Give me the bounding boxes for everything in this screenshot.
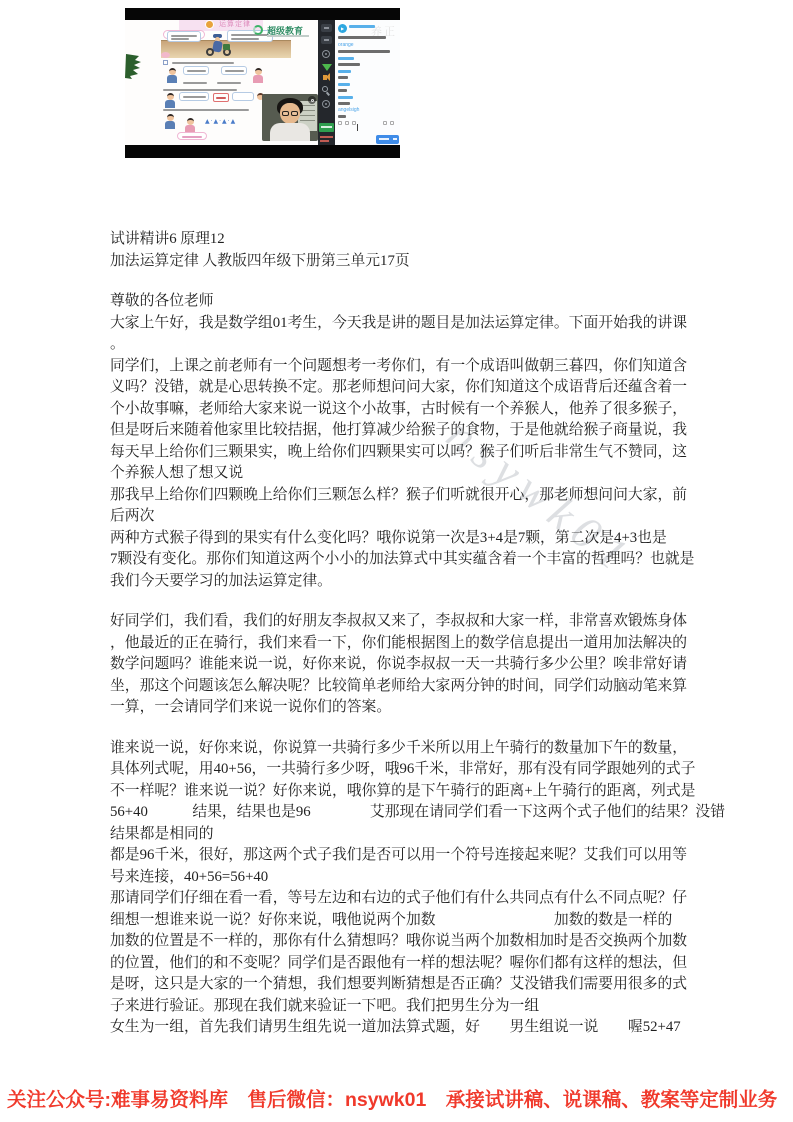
speech-bubble bbox=[232, 92, 254, 101]
attach-icon[interactable] bbox=[352, 121, 356, 125]
chat-username: orange bbox=[338, 43, 354, 48]
settings-icon[interactable] bbox=[383, 121, 387, 125]
paragraph: 好同学们，我们看，我们的好朋友李叔叔又来了，李叔叔和大家一样，非常喜欢锻炼身体，… bbox=[110, 611, 693, 719]
document-page: nsywk01 运算定律 bbox=[0, 0, 793, 1122]
speech-bubble bbox=[221, 66, 247, 75]
text-line: 试讲精讲6 原理12 bbox=[110, 229, 693, 251]
footer-text: 关注公众号:难事易资料库 售后微信：nsywk01 承接试讲稿、说课稿、教案等定… bbox=[7, 1089, 777, 1111]
text-line: 不一样呢？谁来说一说？好你来说，哦你算的是下午骑行的距离+上午骑行的距离，列式是 bbox=[110, 781, 693, 803]
text-line: 的位置，他们的和不变呢？同学们是否跟他有一样的想法呢？喔你们都有这样的想法，但 bbox=[110, 953, 693, 975]
text-line: 后两次 bbox=[110, 506, 693, 528]
answer-tag bbox=[177, 132, 207, 140]
text-line: 具体列式呢，用40+56，一共骑行多少呀，哦96千米，非常好，那有没有同学跟她列… bbox=[110, 759, 693, 781]
bicycle-wheel bbox=[206, 48, 214, 56]
text-line: 坐，那这个问题该怎么解决呢？比较简单老师给大家两分钟的时间，同学们动脑动笔来算 bbox=[110, 676, 693, 698]
text-line: 子来进行验证。那现在我们就来验证一下吧。我们把男生分为一组 bbox=[110, 996, 693, 1018]
gear-icon[interactable] bbox=[322, 50, 330, 58]
countdown-text bbox=[320, 136, 333, 138]
class-status-badge[interactable] bbox=[319, 123, 334, 132]
paragraph: 试讲精讲6 原理12加法运算定律 人教版四年级下册第三单元17页 bbox=[110, 229, 693, 272]
text-line: 加法运算定律 人教版四年级下册第三单元17页 bbox=[110, 251, 693, 273]
text-line: 义吗？没错，就是心思转换不定。那老师想问问大家，你们知道这个成语背后还蕴含着一 bbox=[110, 377, 693, 399]
chat-panel: 养正 ▶ orange angelsigh bbox=[335, 20, 400, 145]
text-line: 女生为一组，首先我们请男生组先说一道加法算式题，好 男生组说一说 喔52+47 bbox=[110, 1017, 693, 1039]
text-line: 。 bbox=[110, 334, 693, 356]
pupil-boy-body bbox=[165, 121, 175, 129]
speech-bubble bbox=[167, 31, 201, 42]
paragraph: 尊敬的各位老师大家上午好，我是数学组01考生，今天我是讲的题目是加法运算定律。下… bbox=[110, 291, 693, 592]
text-line: 个小故事嘛，老师给大家来说一说这个小故事，古时候有一个养猴人，他养了很多猴子， bbox=[110, 399, 693, 421]
pupil-girl-body bbox=[253, 75, 263, 83]
text-line: 加数的位置是不一样的，那你有什么猜想吗？哦你说当两个加数相加时是否交换两个加数 bbox=[110, 931, 693, 953]
pupil-boy-body bbox=[165, 100, 175, 108]
exercise-number-box bbox=[163, 60, 168, 65]
text-line: 个养猴人想了想又说 bbox=[110, 463, 693, 485]
pupil-boy-head bbox=[167, 93, 174, 100]
chapter-banner-label: 运算定律 bbox=[219, 20, 251, 29]
send-button[interactable] bbox=[376, 135, 399, 144]
pupil-girl-head bbox=[255, 68, 262, 75]
text-line: 但是呀后来随着他家里比较拮据，他打算减少给猴子的食物，于是他就给猴子商量说，我 bbox=[110, 420, 693, 442]
paragraph: 谁来说一说，好你来说，你说算一共骑行多少千米所以用上午骑行的数量加下午的数量，具… bbox=[110, 738, 693, 1039]
logo-caption bbox=[267, 35, 309, 37]
text-line: 每天早上给你们三颗果实，晚上给你们四颗果实可以吗？猴子们听后非常生气不赞同，这 bbox=[110, 442, 693, 464]
video-toolbar bbox=[318, 20, 335, 145]
glasses-right bbox=[291, 111, 298, 116]
text-line: 结果都是相同的 bbox=[110, 824, 693, 846]
text-line: 是呀，这只是大家的一个猜想，我们想要判断猜想是否正确？艾没错我们需要用很多的式 bbox=[110, 974, 693, 996]
text-line: 大家上午好，我是数学组01考生，今天我是讲的题目是加法运算定律。下面开始我的讲课 bbox=[110, 313, 693, 335]
text-line: 同学们，上课之前老师有一个问题想考一考你们，有一个成语叫做朝三暮四，你们知道含 bbox=[110, 356, 693, 378]
glasses-left bbox=[282, 111, 289, 116]
speech-bubble bbox=[183, 66, 209, 75]
platform-logo: 超级教育 bbox=[253, 24, 315, 40]
pupil-boy-head bbox=[169, 68, 176, 75]
webcam-settings-icon[interactable] bbox=[308, 96, 316, 104]
teacher-webcam bbox=[262, 94, 318, 141]
text-line: 56+40 结果，结果也是96 艾那现在请同学们看一下这两个式子他们的结果？没错 bbox=[110, 802, 693, 824]
pupil-boy-head bbox=[167, 114, 174, 121]
download-icon[interactable] bbox=[322, 100, 330, 108]
image-icon[interactable] bbox=[345, 121, 349, 125]
chat-avatar: ▶ bbox=[338, 24, 347, 33]
pupil-boy-body bbox=[167, 75, 177, 83]
network-icon bbox=[322, 64, 332, 71]
speaker-icon[interactable] bbox=[323, 75, 327, 80]
magnifier-icon[interactable] bbox=[322, 86, 328, 92]
text-line: 都是96千米，很好，那这两个式子我们是否可以用一个符号连接起来呢？艾我们可以用等 bbox=[110, 845, 693, 867]
whiteboard-textbook-page: 运算定律 bbox=[125, 20, 318, 145]
highlight-badge bbox=[213, 93, 229, 102]
text-line: 尊敬的各位老师 bbox=[110, 291, 693, 313]
teacher-shirt bbox=[270, 123, 310, 141]
text-line: ，他最近的正在骑行，我们来看一下，你们能根据图上的数学信息提出一道用加法解决的 bbox=[110, 633, 693, 655]
text-line: 细想一想谁来说一说？好你来说，哦他说两个加数 加数的数是一样的 bbox=[110, 910, 693, 932]
text-line: 号来连接，40+56=56+40 bbox=[110, 867, 693, 889]
footer-banner: 关注公众号:难事易资料库 售后微信：nsywk01 承接试讲稿、说课稿、教案等定… bbox=[7, 1084, 793, 1112]
pig-figure bbox=[161, 52, 170, 58]
bike-pannier bbox=[223, 44, 230, 50]
text-line: 那我早上给你们四颗晚上给你们三颗怎么样？猴子们听就很开心，那老师想问问大家，前 bbox=[110, 485, 693, 507]
text-line: 7颗没有变化。那你们知道这两个小小的加法算式中其实蕴含着一个丰富的哲理吗？也就是 bbox=[110, 549, 693, 571]
speech-bubble bbox=[179, 92, 209, 101]
text-line: 一算，一会请同学们来说一说你们的答案。 bbox=[110, 697, 693, 719]
text-line: 数学问题吗？谁能来说一说，好你来说，你说李叔叔一天一共骑行多少公里？唉非常好请 bbox=[110, 654, 693, 676]
screen-share-button[interactable] bbox=[321, 36, 332, 44]
triangle-sequence: ▲·▲·▲·▲ bbox=[205, 118, 236, 125]
video-frame: 运算定律 bbox=[125, 20, 400, 145]
chapter-badge-icon bbox=[205, 20, 214, 29]
text-line: 我们今天要学习的加法运算定律。 bbox=[110, 571, 693, 593]
chat-input-caret[interactable] bbox=[357, 124, 358, 131]
text-line: 两种方式猴子得到的果实有什么变化吗？哦你说第一次是3+4是7颗，第二次是4+3也… bbox=[110, 528, 693, 550]
countdown-text bbox=[320, 140, 329, 142]
plant-leaf-icon bbox=[125, 52, 142, 80]
text-line: 好同学们，我们看，我们的好朋友李叔叔又来了，李叔叔和大家一样，非常喜欢锻炼身体 bbox=[110, 611, 693, 633]
pupil-girl-head bbox=[187, 118, 194, 125]
more-icon[interactable] bbox=[390, 121, 394, 125]
chat-username: angelsigh bbox=[338, 108, 359, 113]
document-body: 试讲精讲6 原理12加法运算定律 人教版四年级下册第三单元17页尊敬的各位老师大… bbox=[110, 229, 693, 1058]
video-thumbnail[interactable]: 运算定律 bbox=[125, 8, 400, 158]
text-line: 那请同学们仔细在看一看，等号左边和右边的式子他们有什么共同点有什么不同点呢？仔 bbox=[110, 888, 693, 910]
text-line: 谁来说一说，好你来说，你说算一共骑行多少千米所以用上午骑行的数量加下午的数量， bbox=[110, 738, 693, 760]
logo-g-icon bbox=[253, 25, 263, 35]
camera-button[interactable] bbox=[321, 24, 332, 32]
emoji-icon[interactable] bbox=[338, 121, 342, 125]
